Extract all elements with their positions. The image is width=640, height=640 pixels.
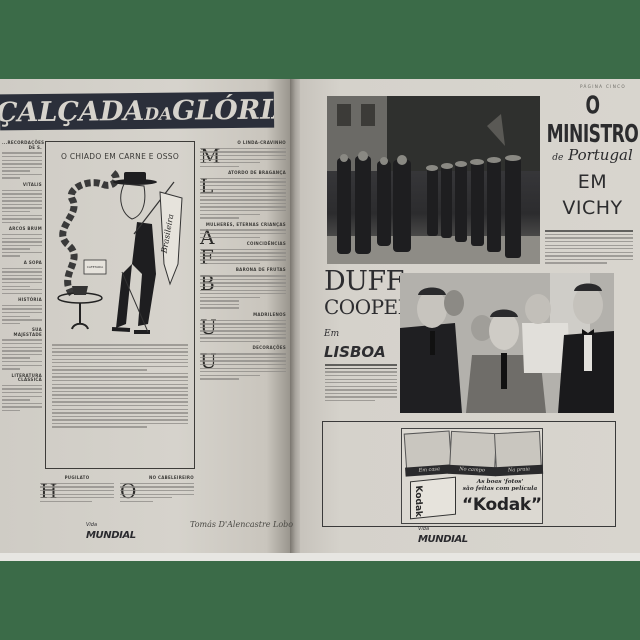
vida-mundial-logo: Vida MUNDIAL (418, 526, 468, 543)
logo-bottom: MUNDIAL (418, 534, 468, 545)
section-heading: SUA MAJESTADE (2, 328, 42, 337)
ad-panel-label: No campo (448, 465, 496, 476)
logo-bottom: MUNDIAL (86, 530, 136, 541)
logo-top: Vida (418, 526, 468, 533)
photo-duff-cooper-group (400, 273, 614, 413)
ad-panel-home: Em casa (404, 430, 453, 473)
film-box-label: Kodak (413, 485, 423, 518)
page-bottom-edge (0, 553, 640, 561)
piece-cabeleireiro: NO CABELEIREIRO O (120, 472, 194, 504)
kodak-brand: “Kodak” (462, 495, 540, 515)
logo-top: Vida (86, 522, 136, 529)
feature-box-text (52, 342, 188, 462)
ad-panel-beach: Na praia (494, 431, 542, 473)
section-heading: LITERATURA CLÁSSICA (2, 374, 42, 383)
feature-box-title: O CHIADO EM CARNE E OSSO (46, 152, 194, 161)
cafe-sign-text: CAFETARIA (87, 265, 104, 269)
tagline-line-2: são feitas com película (460, 486, 540, 493)
ad-panel-country: No campo (449, 431, 497, 473)
headline-duff: DUFF (324, 268, 398, 296)
cartoon-illustration: CAFETARIA Brasileira (52, 164, 188, 340)
headline-em: Em (324, 329, 339, 339)
duff-cooper-headline: DUFF COOPER Em LISBOA (324, 268, 398, 361)
headline-portugal: Portugal (568, 146, 633, 164)
kodak-ad-artwork: Em casa No campo Na praia Kodak As boas … (401, 428, 543, 524)
ad-tagline: As boas 'fotos' são feitas com película (460, 479, 540, 493)
page-label: PÁGINA CINCO (580, 84, 626, 89)
headline-lisboa: LISBOA (324, 343, 386, 361)
ad-panel-label: Em casa (405, 464, 454, 476)
masthead-part3: GLÓRIA (172, 94, 274, 126)
headline-line-3: EM VICHY (545, 169, 640, 221)
masthead-banner: ÇALÇADADAGLÓRIA (0, 92, 274, 131)
left-text-column: ...RECORDAÇÕES DE S. VITALIS ARCOS BRUM … (2, 137, 42, 557)
headline-de: de (552, 153, 563, 163)
section-heading: VITALIS (2, 183, 42, 188)
kodak-film-box: Kodak (410, 477, 456, 520)
minister-caption (545, 228, 633, 268)
masthead-title: ÇALÇADADAGLÓRIA (0, 94, 274, 128)
left-page-right-column: O LINDA-CRAVINHO M ATORDO DE BRAGANÇA L … (200, 137, 286, 557)
section-heading: ...RECORDAÇÕES DE S. (2, 141, 42, 150)
author-signature: Tomás D'Alencastre Lobo (190, 520, 293, 529)
headline-line-1: O MINISTRO (545, 91, 640, 148)
section-heading: MULHERES, ETERNAS CRIANÇAS (200, 223, 286, 228)
kodak-advertisement: Em casa No campo Na praia Kodak As boas … (322, 421, 616, 527)
duff-caption (325, 362, 397, 412)
vida-mundial-logo: Vida MUNDIAL (86, 522, 136, 539)
section-heading: HISTÓRIA (2, 298, 42, 303)
headline-em-lisboa: Em LISBOA (324, 322, 398, 361)
section-heading: A SOPA (2, 261, 42, 266)
chiado-feature-box: O CHIADO EM CARNE E OSSO CAFETARIA Brasi… (45, 141, 195, 469)
section-heading: ARCOS BRUM (2, 227, 42, 232)
piece-pugilato: PUGILATO H (40, 472, 114, 504)
tagline-line-1: As boas 'fotos' (460, 479, 540, 486)
headline-cooper: COOPER (324, 296, 398, 318)
ad-panel-label: Na praia (495, 465, 543, 476)
photo-vichy-parade (327, 96, 540, 264)
headline-line-2: de Portugal (545, 146, 640, 167)
masthead-part1: ÇALÇADA (0, 95, 144, 128)
masthead-part2: DA (144, 104, 172, 124)
minister-headline: O MINISTRO de Portugal EM VICHY (545, 98, 640, 221)
